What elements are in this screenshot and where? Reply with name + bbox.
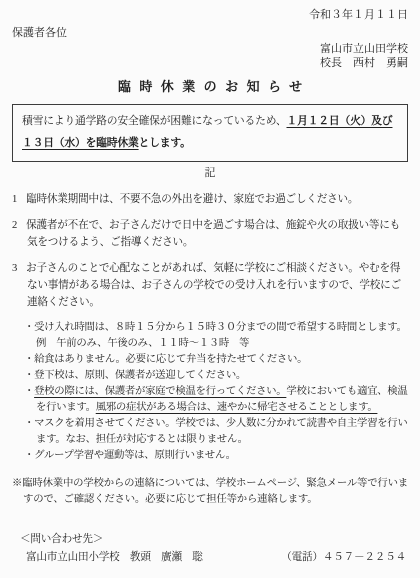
bullet-marker: ・ xyxy=(24,322,34,333)
item-3-bullet-list: ・受け入れ時間は、８時１５分から１５時３０分までの間で希望する時間とします。 例… xyxy=(12,320,408,464)
bullet-mask: ・マスクを着用させてください。学校では、少人数に分かれて読書や自主学習を行います… xyxy=(12,416,408,448)
notice-document-page: 令和３年１月１１日 保護者各位 富山市立山田学校 校長 西村 勇嗣 臨時休業のお… xyxy=(0,0,420,578)
contact-phone: （電話）４５７－２２５４ xyxy=(281,549,406,566)
item-1: 1臨時休業期間中は、不要不急の外出を避け、家庭でお過ごしください。 xyxy=(12,191,408,208)
item-2-number: 2 xyxy=(12,220,17,231)
addressee: 保護者各位 xyxy=(12,26,408,41)
notice-lead-text: 積雪により通学路の安全確保が困難になっているため、 xyxy=(22,115,287,127)
item-3-text: お子さんのことで心配なことがあれば、気軽に学校にご相談ください。やむを得ない事情… xyxy=(26,263,401,308)
bullet-text: マスクを着用させてください。学校では、少人数に分かれて読書や自主学習を行います。… xyxy=(34,418,407,445)
bullet-text: 受け入れ時間は、８時１５分から１５時３０分までの間で希望する時間とします。 xyxy=(34,322,407,333)
sender-principal: 校長 西村 勇嗣 xyxy=(320,56,408,70)
contact-heading: ＜問い合わせ先＞ xyxy=(12,532,408,547)
item-2-text: 保護者が不在で、お子さんだけで日中を過ごす場合は、施錠や火の取扱い等にも気をつけ… xyxy=(26,220,400,248)
document-date: 令和３年１月１１日 xyxy=(12,8,408,23)
sender-block: 富山市立山田学校 校長 西村 勇嗣 xyxy=(12,42,408,70)
bullet-accept-hours: ・受け入れ時間は、８時１５分から１５時３０分までの間で希望する時間とします。 xyxy=(12,320,408,336)
item-1-text: 臨時休業期間中は、不要不急の外出を避け、家庭でお過ごしください。 xyxy=(26,194,358,205)
bullet-marker: ・ xyxy=(24,386,34,397)
item-3: 3お子さんのことで心配なことがあれば、気軽に学校にご相談ください。やむを得ない事… xyxy=(12,260,408,311)
notice-tail-text: とします。 xyxy=(139,137,191,149)
numbered-items: 1臨時休業期間中は、不要不急の外出を避け、家庭でお過ごしください。 2保護者が不… xyxy=(12,191,408,464)
bullet-no-group-activities: ・グループ学習や運動等は、原則行いません。 xyxy=(12,448,408,464)
document-title: 臨時休業のお知らせ xyxy=(12,78,408,95)
item-1-number: 1 xyxy=(12,194,17,205)
bullet-pickup-dropoff: ・登下校は、原則、保護者が送迎してください。 xyxy=(12,368,408,384)
bullet-marker: ・ xyxy=(24,418,34,429)
bullet-text-underlined: 風邪の症状がある場合は、速やかに帰宅させることとします。 xyxy=(96,402,378,413)
bullet-marker: ・ xyxy=(24,450,34,461)
bullet-marker: ・ xyxy=(24,354,34,365)
bullet-text: 登下校は、原則、保護者が送迎してください。 xyxy=(34,370,246,381)
item-3-number: 3 xyxy=(12,263,17,274)
contact-row: 富山市立山田小学校 教頭 廣瀬 聡 （電話）４５７－２２５４ xyxy=(12,549,408,566)
bullet-text: グループ学習や運動等は、原則行いません。 xyxy=(34,450,236,461)
item-2: 2保護者が不在で、お子さんだけで日中を過ごす場合は、施錠や火の取扱い等にも気をつ… xyxy=(12,217,408,251)
sender-lines: 富山市立山田学校 校長 西村 勇嗣 xyxy=(320,42,408,70)
contact-office: 富山市立山田小学校 教頭 廣瀬 聡 xyxy=(26,549,203,566)
bullet-text: 給食はありません。必要に応じて弁当を持たせてください。 xyxy=(34,354,307,365)
contact-section: ＜問い合わせ先＞ 富山市立山田小学校 教頭 廣瀬 聡 （電話）４５７－２２５４ xyxy=(12,532,408,566)
contact-method-note: ※臨時休業中の学校からの連絡については、学校ホームページ、緊急メール等で行います… xyxy=(12,476,408,508)
notice-summary-box: 積雪により通学路の安全確保が困難になっているため、１月１２日（火）及び１３日（水… xyxy=(12,104,408,162)
bullet-accept-hours-example: 例 午前のみ、午後のみ、１１時～１３時 等 xyxy=(12,336,408,352)
bullet-marker: ・ xyxy=(24,370,34,381)
bullet-text: 例 午前のみ、午後のみ、１１時～１３時 等 xyxy=(36,338,249,349)
sender-school: 富山市立山田学校 xyxy=(320,42,408,56)
bullet-no-lunch: ・給食はありません。必要に応じて弁当を持たせてください。 xyxy=(12,352,408,368)
bullet-text-underlined: 登校の際には、保護者が家庭で検温を行ってください。 xyxy=(34,386,286,397)
ki-heading: 記 xyxy=(12,166,408,181)
bullet-temperature-check: ・登校の際には、保護者が家庭で検温を行ってください。学校においても適宜、検温を行… xyxy=(12,384,408,416)
